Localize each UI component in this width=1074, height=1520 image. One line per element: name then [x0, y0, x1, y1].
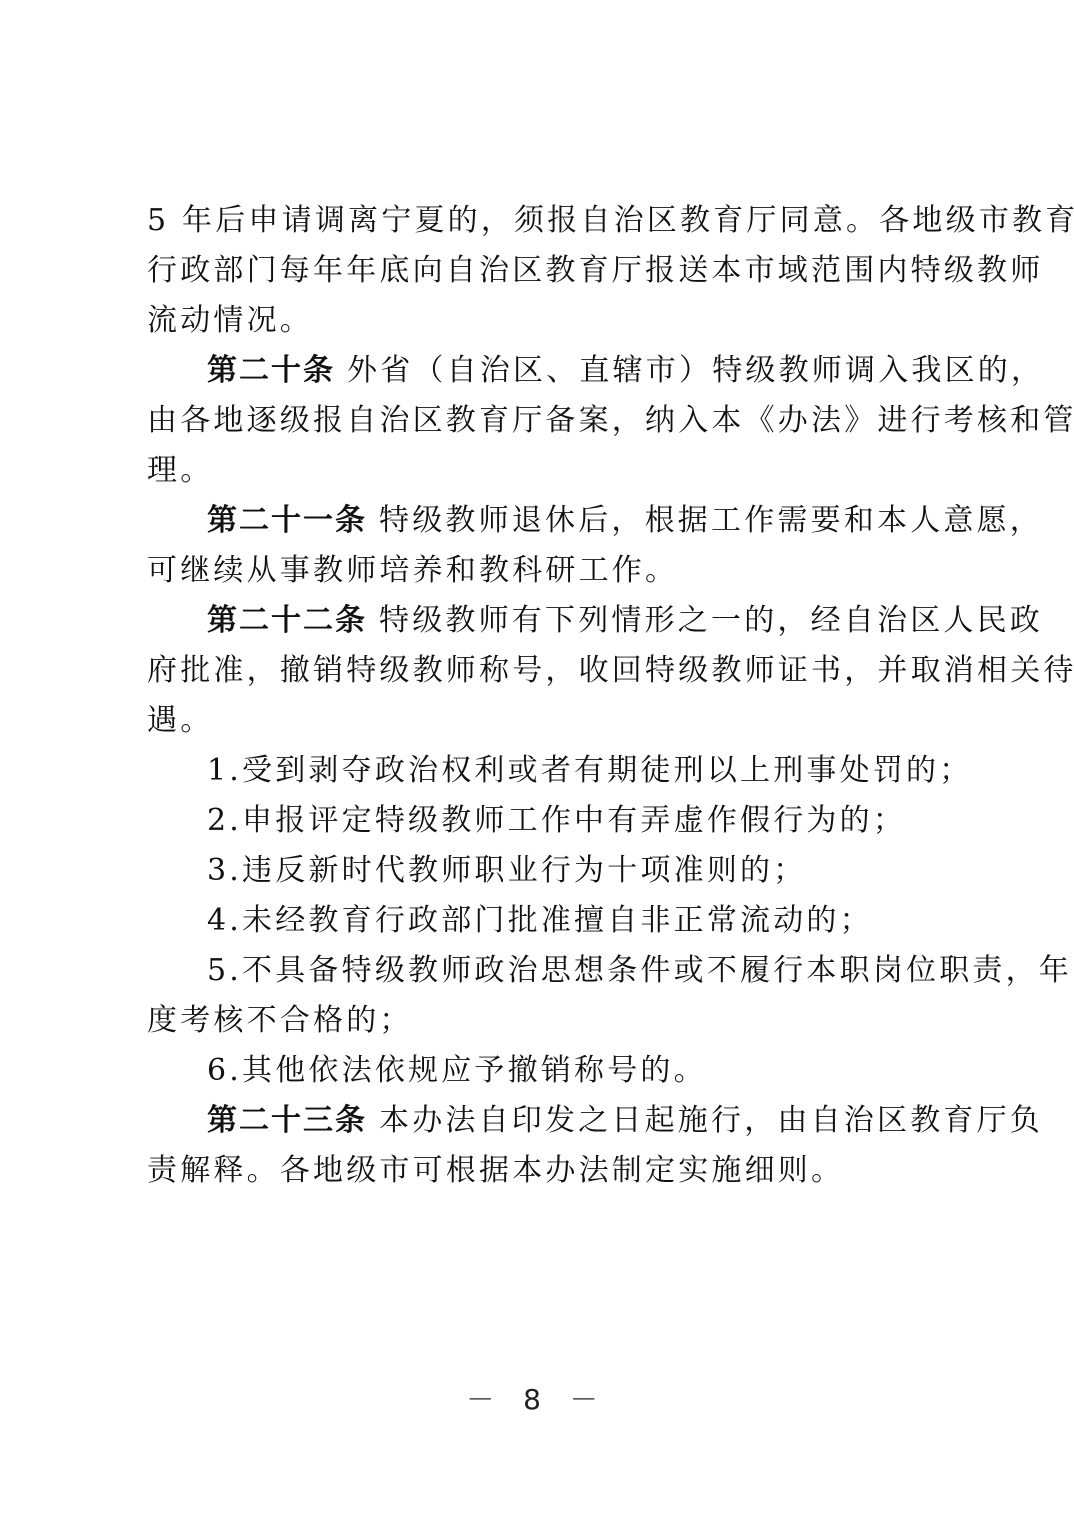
article-22-first-line: 第二十二条特级教师有下列情形之一的，经自治区人民政 — [147, 596, 942, 646]
text-line: 理。 — [147, 446, 942, 496]
text-line: 行政部门每年年底向自治区教育厅报送本市域范围内特级教师 — [147, 246, 942, 296]
document-body: 5 年后申请调离宁夏的，须报自治区教育厅同意。各地级市教育 行政部门每年年底向自… — [147, 196, 942, 1196]
text-line: 由各地逐级报自治区教育厅备案，纳入本《办法》进行考核和管 — [147, 396, 942, 446]
page-number: － 8 － — [0, 1378, 1074, 1418]
list-item-4: 4.未经教育行政部门批准擅自非正常流动的； — [147, 896, 942, 946]
article-text: 外省（自治区、直辖市）特级教师调入我区的， — [347, 353, 1044, 388]
article-text: 特级教师退休后，根据工作需要和本人意愿， — [379, 503, 1043, 538]
article-20-first-line: 第二十条外省（自治区、直辖市）特级教师调入我区的， — [147, 346, 942, 396]
article-heading: 第二十一条 — [207, 503, 367, 538]
text-line: 可继续从事教师培养和教科研工作。 — [147, 546, 942, 596]
text-line: 流动情况。 — [147, 296, 942, 346]
text-line: 府批准，撤销特级教师称号，收回特级教师证书，并取消相关待 — [147, 646, 942, 696]
article-heading: 第二十三条 — [207, 1103, 367, 1138]
article-21-first-line: 第二十一条特级教师退休后，根据工作需要和本人意愿， — [147, 496, 942, 546]
article-text: 特级教师有下列情形之一的，经自治区人民政 — [379, 603, 1043, 638]
text-line: 遇。 — [147, 696, 942, 746]
list-item-2: 2.申报评定特级教师工作中有弄虚作假行为的； — [147, 796, 942, 846]
list-item-5-continued: 度考核不合格的； — [147, 996, 942, 1046]
article-23-first-line: 第二十三条本办法自印发之日起施行，由自治区教育厅负 — [147, 1096, 942, 1146]
article-heading: 第二十条 — [207, 353, 335, 388]
list-item-3: 3.违反新时代教师职业行为十项准则的； — [147, 846, 942, 896]
text-line: 责解释。各地级市可根据本办法制定实施细则。 — [147, 1146, 942, 1196]
list-item-1: 1.受到剥夺政治权利或者有期徒刑以上刑事处罚的； — [147, 746, 942, 796]
article-text: 本办法自印发之日起施行，由自治区教育厅负 — [379, 1103, 1043, 1138]
article-heading: 第二十二条 — [207, 603, 367, 638]
text-line: 5 年后申请调离宁夏的，须报自治区教育厅同意。各地级市教育 — [147, 196, 942, 246]
list-item-5: 5.不具备特级教师政治思想条件或不履行本职岗位职责，年 — [147, 946, 942, 996]
list-item-6: 6.其他依法依规应予撤销称号的。 — [147, 1046, 942, 1096]
